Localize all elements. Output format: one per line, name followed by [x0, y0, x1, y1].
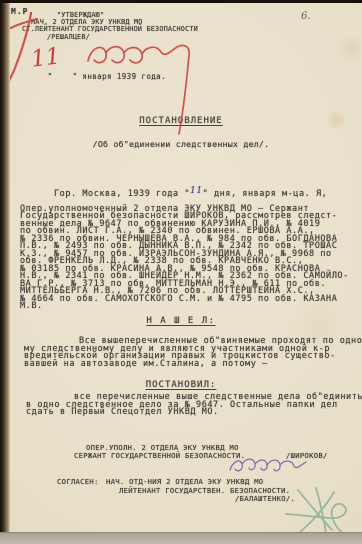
body-intro-pre: Гор. Москва, 1939 года " [54, 189, 190, 199]
page-subtitle: /Об об"единении следственных дел/. [0, 139, 362, 149]
blue-day-annotation: 11 [190, 186, 203, 196]
found-heading: Н А Ш Е Л: [0, 316, 362, 326]
resolved-line: сдать в Первый Спецотдел УНКВД МО. [26, 409, 354, 417]
agreed-name: /БАЛАШТЕНКО/. [235, 494, 295, 503]
resolved-heading: ПОСТАНОВИЛ: [0, 380, 362, 390]
operative-title-line2: СЕРЖАНТ ГОСУДАРСТВЕННОЙ БЕЗОПАСНОСТИ. [74, 451, 245, 460]
document-scan: М.Р. 6. "УТВЕРЖДАЮ" НАЧ. 2 ОТДЕЛА ЭКУ УН… [0, 0, 362, 544]
book-binding-edge [0, 0, 10, 544]
approval-line-name: /РЕШАЛЦЕВ/ [22, 34, 198, 41]
page-number: 6. [301, 11, 311, 22]
agreed-label: СОГЛАСЕН: [57, 477, 99, 486]
body-intro-line: Гор. Москва, 1939 года "11" дня, января … [20, 183, 356, 206]
agreed-title-line1: НАЧ. ОТД-НИЯ 2 ОТДЕЛА ЭКУ УНКВД МО [106, 477, 263, 486]
date-quote-open: " [48, 72, 53, 81]
red-day-annotation: 11 [30, 43, 62, 72]
found-line: вавшей на автозаводе им.Сталина, а потом… [24, 361, 354, 369]
body-intro-post: " дня, января м-ца. Я, [203, 189, 328, 199]
resolved-paragraph: все перечисленные выше следственные дела… [26, 394, 354, 417]
decree-body: Гор. Москва, 1939 года "11" дня, января … [20, 183, 356, 311]
date-rest: января 1939 года. [78, 72, 166, 81]
body-line: М.В. [20, 303, 356, 311]
approval-header: "УТВЕРЖДАЮ" НАЧ. 2 ОТДЕЛА ЭКУ УНКВД МО С… [22, 12, 198, 41]
found-paragraph: Все вышеперечисленные об"виняемые проход… [24, 338, 354, 368]
operative-name: /ШИРОКОВ/ [286, 451, 328, 460]
bottom-page-edge [0, 532, 362, 544]
top-sheet-edge [0, 0, 362, 3]
body-line: № 4664 по обв. САМОХОТСКОГО С.М. и № 479… [20, 296, 356, 304]
page-title: ПОСТАНОВЛЕНИЕ [0, 116, 362, 126]
